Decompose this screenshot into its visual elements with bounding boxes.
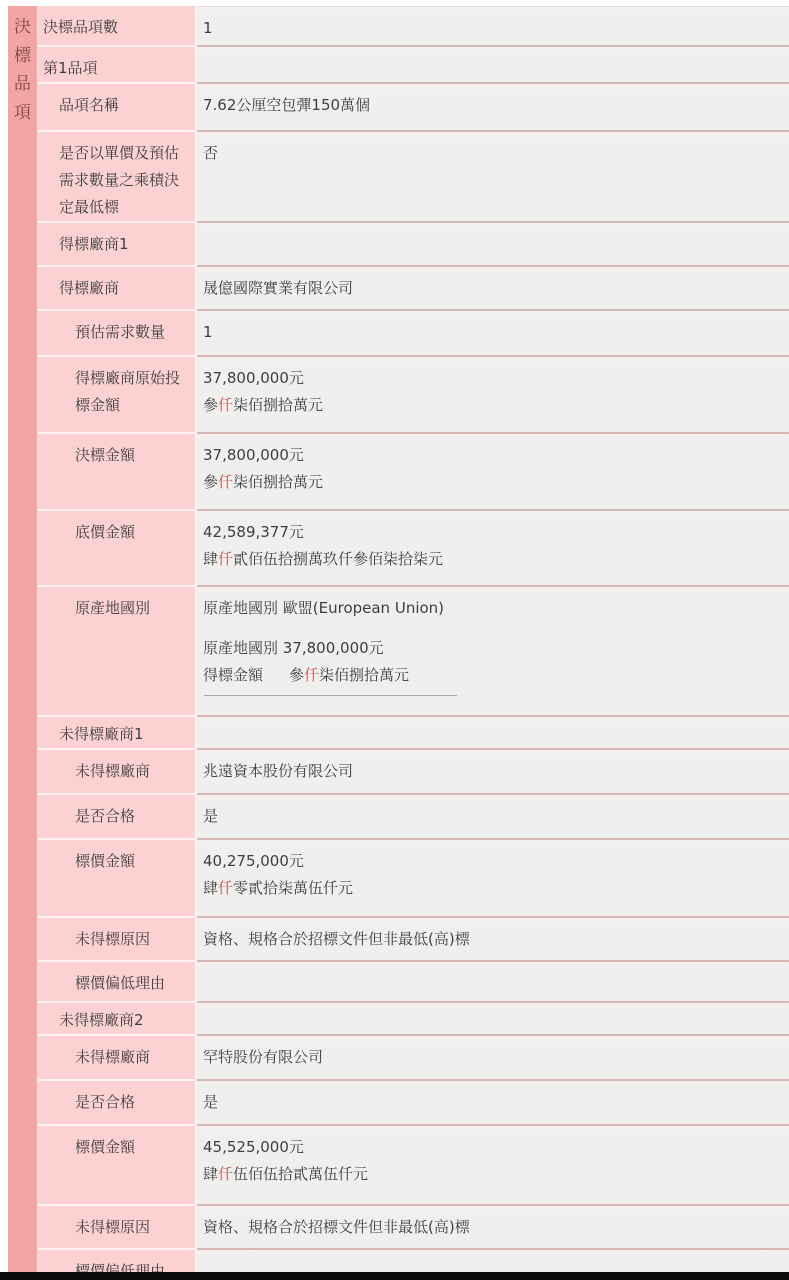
row-label: 底價金額 [38, 509, 197, 585]
row-label: 未得標廠商 [38, 1034, 197, 1079]
row-award-amount: 決標金額 37,800,000元 參仟柒佰捌拾萬元 [38, 432, 789, 509]
origin-line-country: 原產地國別 歐盟(European Union) [203, 595, 779, 622]
row-losing-vendor-2-qualified: 是否合格 是 [38, 1079, 789, 1124]
amount-chinese: 肆仟零貳拾柒萬伍仟元 [203, 875, 779, 902]
row-label: 未得標原因 [38, 916, 197, 960]
amount-numeric: 40,275,000元 [203, 848, 779, 875]
row-value: 37,800,000元 參仟柒佰捌拾萬元 [197, 432, 789, 509]
row-value: 是 [197, 793, 789, 838]
row-value: 37,800,000元 參仟柒佰捌拾萬元 [197, 355, 789, 432]
row-label: 是否合格 [38, 1079, 197, 1124]
row-item-name: 品項名稱 7.62公厘空包彈150萬個 [38, 82, 789, 130]
row-losing-vendor-2-header: 未得標廠商2 [38, 1001, 789, 1034]
row-value: 資格、規格合於招標文件但非最低(高)標 [197, 916, 789, 960]
row-value: 原產地國別 歐盟(European Union) 原產地國別 37,800,00… [197, 585, 789, 715]
row-value: 罕特股份有限公司 [197, 1034, 789, 1079]
section-vertical-label: 決 標 品 項 [8, 6, 38, 1280]
highlighted-char: 仟 [218, 396, 233, 414]
amount-chinese: 參仟柒佰捌拾萬元 [203, 469, 779, 496]
row-value [197, 221, 789, 265]
highlighted-char: 仟 [218, 550, 233, 568]
row-losing-vendor-2-bid-amount: 標價金額 45,525,000元 肆仟伍佰伍拾貳萬伍仟元 [38, 1124, 789, 1204]
row-losing-vendor-1-reason: 未得標原因 資格、規格合於招標文件但非最低(高)標 [38, 916, 789, 960]
amount-numeric: 45,525,000元 [203, 1134, 779, 1161]
row-losing-vendor-1-qualified: 是否合格 是 [38, 793, 789, 838]
row-label: 第1品項 [38, 45, 197, 82]
award-items-table: 決 標 品 項 決標品項數 1 第1品項 品項名稱 7.62公厘空包彈150萬個… [8, 6, 789, 1280]
row-label: 得標廠商 [38, 265, 197, 309]
row-label: 得標廠商原始投標金額 [38, 355, 197, 432]
row-value: 是 [197, 1079, 789, 1124]
origin-line-amount: 原產地國別 37,800,000元 [203, 635, 779, 662]
row-value [197, 715, 789, 748]
amount-chinese: 肆仟伍佰伍拾貳萬伍仟元 [203, 1161, 779, 1188]
row-losing-vendor-1-header: 未得標廠商1 [38, 715, 789, 748]
row-value: 42,589,377元 肆仟貳佰伍拾捌萬玖仟參佰柒拾柒元 [197, 509, 789, 585]
row-base-price-amount: 底價金額 42,589,377元 肆仟貳佰伍拾捌萬玖仟參佰柒拾柒元 [38, 509, 789, 585]
row-losing-vendor-1-low-price-reason: 標價偏低理由 [38, 960, 789, 1001]
amount-chinese: 參仟柒佰捌拾萬元 [203, 392, 779, 419]
row-label: 預估需求數量 [38, 309, 197, 355]
row-estimated-quantity: 預估需求數量 1 [38, 309, 789, 355]
section-label-char: 標 [8, 42, 37, 71]
origin-divider-line [204, 695, 457, 696]
row-value: 資格、規格合於招標文件但非最低(高)標 [197, 1204, 789, 1248]
row-value: 兆遠資本股份有限公司 [197, 748, 789, 793]
row-losing-vendor-1-bid-amount: 標價金額 40,275,000元 肆仟零貳拾柒萬伍仟元 [38, 838, 789, 916]
row-value: 45,525,000元 肆仟伍佰伍拾貳萬伍仟元 [197, 1124, 789, 1204]
row-award-item-count: 決標品項數 1 [38, 6, 789, 45]
row-value [197, 1001, 789, 1034]
row-label: 決標金額 [38, 432, 197, 509]
row-label: 品項名稱 [38, 82, 197, 130]
row-item-1-header: 第1品項 [38, 45, 789, 82]
highlighted-char: 仟 [218, 473, 233, 491]
section-label-char: 品 [8, 70, 37, 99]
row-value: 1 [197, 6, 789, 45]
row-winning-vendor-1-header: 得標廠商1 [38, 221, 789, 265]
row-label: 得標廠商1 [38, 221, 197, 265]
table-rows: 決標品項數 1 第1品項 品項名稱 7.62公厘空包彈150萬個 是否以單價及預… [38, 6, 789, 1280]
highlighted-char: 仟 [218, 1165, 233, 1183]
highlighted-char: 仟 [218, 879, 233, 897]
amount-numeric: 37,800,000元 [203, 365, 779, 392]
row-unit-price-times-qty-flag: 是否以單價及預估需求數量之乘積決定最低標 否 [38, 130, 789, 221]
bottom-black-bar [0, 1272, 789, 1280]
row-value [197, 45, 789, 82]
row-label: 原產地國別 [38, 585, 197, 715]
row-losing-vendor-1-name: 未得標廠商 兆遠資本股份有限公司 [38, 748, 789, 793]
row-label: 標價偏低理由 [38, 960, 197, 1001]
origin-line-award: 得標金額參仟柒佰捌拾萬元 [203, 662, 779, 689]
tender-award-page: 決 標 品 項 決標品項數 1 第1品項 品項名稱 7.62公厘空包彈150萬個… [0, 0, 789, 1280]
row-label: 未得標廠商2 [38, 1001, 197, 1034]
amount-numeric: 37,800,000元 [203, 442, 779, 469]
row-label: 未得標廠商 [38, 748, 197, 793]
row-losing-vendor-2-reason: 未得標原因 資格、規格合於招標文件但非最低(高)標 [38, 1204, 789, 1248]
row-label: 未得標原因 [38, 1204, 197, 1248]
row-value: 40,275,000元 肆仟零貳拾柒萬伍仟元 [197, 838, 789, 916]
row-value: 7.62公厘空包彈150萬個 [197, 82, 789, 130]
amount-chinese: 肆仟貳佰伍拾捌萬玖仟參佰柒拾柒元 [203, 546, 779, 573]
row-losing-vendor-2-name: 未得標廠商 罕特股份有限公司 [38, 1034, 789, 1079]
row-label: 決標品項數 [38, 6, 197, 45]
row-label: 未得標廠商1 [38, 715, 197, 748]
row-label: 標價金額 [38, 1124, 197, 1204]
row-value [197, 960, 789, 1001]
row-value: 否 [197, 130, 789, 221]
row-label: 標價金額 [38, 838, 197, 916]
row-original-bid-amount: 得標廠商原始投標金額 37,800,000元 參仟柒佰捌拾萬元 [38, 355, 789, 432]
section-label-char: 決 [8, 13, 37, 42]
row-value: 1 [197, 309, 789, 355]
row-winning-vendor-name: 得標廠商 晟億國際實業有限公司 [38, 265, 789, 309]
highlighted-char: 仟 [304, 666, 319, 684]
row-value: 晟億國際實業有限公司 [197, 265, 789, 309]
amount-numeric: 42,589,377元 [203, 519, 779, 546]
section-label-char: 項 [8, 99, 37, 128]
row-label: 是否以單價及預估需求數量之乘積決定最低標 [38, 130, 197, 221]
row-label: 是否合格 [38, 793, 197, 838]
row-country-of-origin: 原產地國別 原產地國別 歐盟(European Union) 原產地國別 37,… [38, 585, 789, 715]
